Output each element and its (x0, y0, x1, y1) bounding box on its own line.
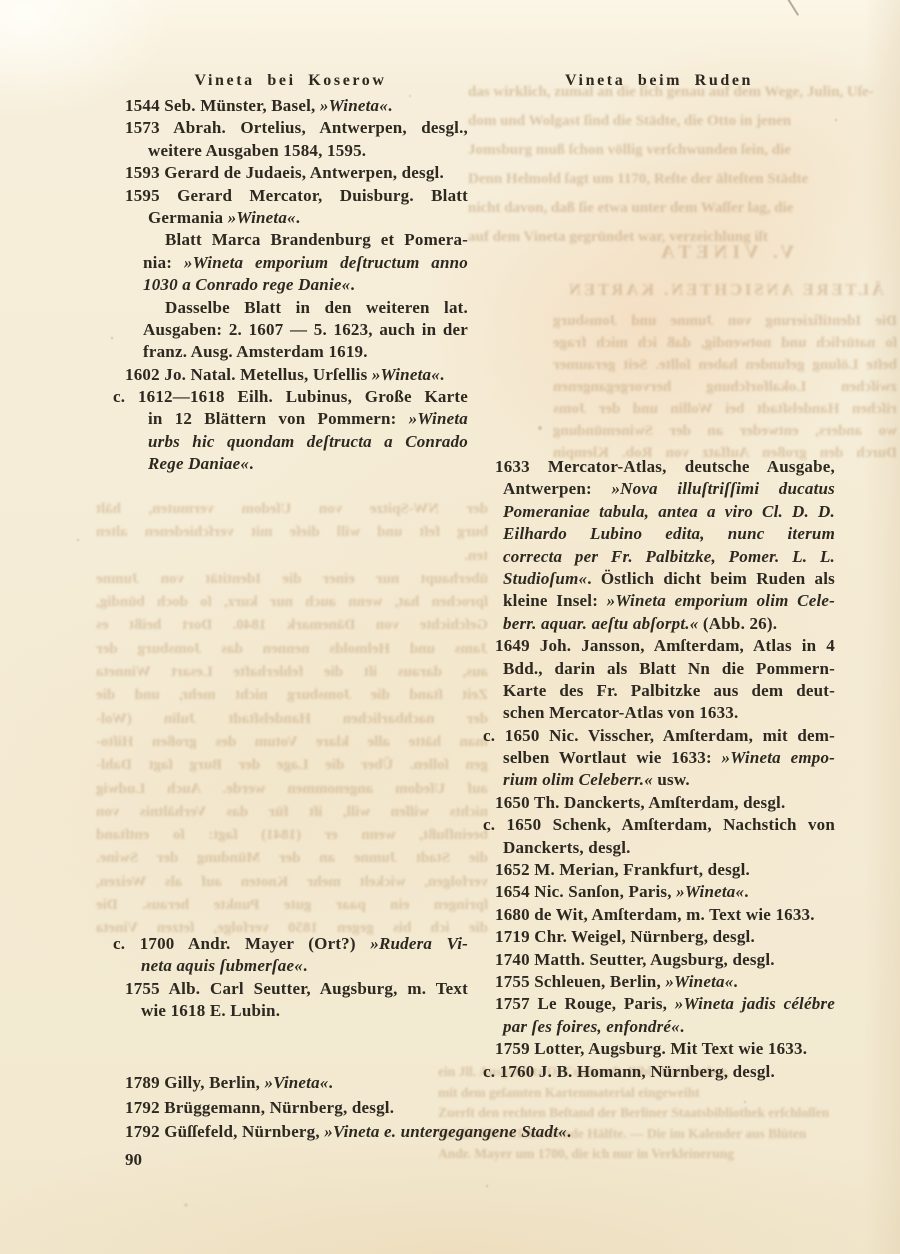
entry-line: 1792 Brüggemann, Nürnberg, desgl. (113, 1096, 633, 1121)
entry-line: par ſes foires, enfondré«. (483, 1016, 835, 1038)
bleedthrough-line: Die Identifizierung von Jumne und Jomsbu… (553, 310, 897, 332)
bleedthrough-line: dom und Wolgast ſind die Städte, die Ott… (468, 107, 896, 136)
entry: c. 1650 Nic. Visscher, Amſterdam, mit de… (483, 725, 835, 792)
corner-crease (787, 0, 799, 16)
bleedthrough-line: ſpringen ein paar gute Punkte heraus. Di… (96, 894, 488, 917)
entry: 1759 Lotter, Augsburg. Mit Text wie 1633… (483, 1038, 835, 1060)
bleedthrough-line: der NW-Spitze von Uſedom vermuten, hält (96, 498, 488, 521)
bleedthrough-line: Jomsburg muß ſchon völlig verſchwunden ſ… (468, 136, 896, 165)
bleedthrough-line: die Stadt Jumne an der Mündung der Swine… (96, 847, 488, 870)
page-number: 90 (125, 1150, 142, 1170)
entry: c. 1650 Schenk, Amſterdam, Nachstich von… (483, 814, 835, 859)
entry-line: Germania »Wineta«. (113, 207, 468, 229)
entry-line: 1649 Joh. Jansson, Amſterdam, Atlas in 4 (483, 635, 835, 657)
entry: 1593 Gerard de Judaeis, Antwerpen, desgl… (113, 162, 468, 184)
bleedthrough-line: ſprochen hat, wenn auch nur kurz, ſo doc… (96, 591, 488, 614)
bleedthrough-line: ſo natürlich und notwendig, daß ich mich… (553, 332, 897, 354)
bleedthrough-top-right: das wirklich, zumal an die ſich genau au… (468, 78, 896, 252)
entry: 1755 Schleuen, Berlin, »Wineta«. (483, 971, 835, 993)
bleedthrough-left-block: der NW-Spitze von Uſedom vermuten, hältb… (96, 498, 488, 941)
entry-line: Karte des Fr. Palbitzke aus dem deut- (483, 680, 835, 702)
entry-line: Dasselbe Blatt in den weiteren lat. (113, 297, 468, 319)
bleedthrough-line: nichts wiſſen will, iſt für das Verhältn… (96, 801, 488, 824)
entry: 1595 Gerard Mercator, Duisburg. BlattGer… (113, 185, 468, 230)
entry-line: schen Mercator-Atlas von 1633. (483, 702, 835, 724)
entry-line: 1595 Gerard Mercator, Duisburg. Blatt (113, 185, 468, 207)
entry: 1757 Le Rouge, Paris, »Wineta jadis célé… (483, 993, 835, 1038)
entry-line: 1652 M. Merian, Frankfurt, desgl. (483, 859, 835, 881)
entry-line: 1680 de Wit, Amſterdam, m. Text wie 1633… (483, 904, 835, 926)
bleedthrough-line: beeinflußt, wenn er (1841) ſagt: ſo entſ… (96, 824, 488, 847)
entry-line: 1757 Le Rouge, Paris, »Wineta jadis célé… (483, 993, 835, 1015)
left-column-list: 1544 Seb. Münster, Basel, »Wineta«.1573 … (113, 95, 468, 476)
entry: 1680 de Wit, Amſterdam, m. Text wie 1633… (483, 904, 835, 926)
entry-line: Danckerts, desgl. (483, 837, 835, 859)
entry: Dasselbe Blatt in den weiteren lat.Ausga… (113, 297, 468, 364)
bleedthrough-verso-title: ÄLTERE ANSICHTEN. KARTEN (553, 270, 897, 310)
bleedthrough-line: zwiſchen Lokalforſchung hervorgegangenen (553, 376, 897, 398)
entry-line: wie 1618 E. Lubin. (113, 1000, 468, 1022)
entry-line: Rege Daniae«. (113, 453, 468, 475)
entry-line: 1544 Seb. Münster, Basel, »Wineta«. (113, 95, 468, 117)
entry-line: in 12 Blättern von Pommern: »Wineta (113, 408, 468, 430)
bleedthrough-line: der nachbarlichen Handelsſtadt Julin (Wo… (96, 708, 488, 731)
entry: 1654 Nic. Sanſon, Paris, »Wineta«. (483, 881, 835, 903)
bleedthrough-line: aus, daraus iſt die fehlerhafte Lesart W… (96, 661, 488, 684)
entry: 1740 Matth. Seutter, Augsburg, desgl. (483, 949, 835, 971)
entry-line: 1593 Gerard de Judaeis, Antwerpen, desgl… (113, 162, 468, 184)
entry-line: Ausgaben: 2. 1607 — 5. 1623, auch in der (113, 319, 468, 341)
entry: 1633 Mercator-Atlas, deutsche Ausgabe,An… (483, 456, 835, 635)
entry-line: Pomeraniae tabula, antea a viro Cl. D. D… (483, 501, 835, 523)
entry-line: berr. aquar. aeſtu abſorpt.« (Abb. 26). (483, 613, 835, 635)
entry: 1792 Güſſefeld, Nürnberg, »Vineta e. unt… (113, 1120, 633, 1145)
entry-line: 1719 Chr. Weigel, Nürnberg, desgl. (483, 926, 835, 948)
entry-line: Eilhardo Lubino edita, nunc iterum (483, 523, 835, 545)
entry-line: c. 1700 Andr. Mayer (Ort?) »Rudera Vi- (113, 933, 468, 955)
entry-line: 1755 Schleuen, Berlin, »Wineta«. (483, 971, 835, 993)
entry-line: nia: »Wineta emporium deſtructum anno (113, 252, 468, 274)
bleedthrough-line: verfolgen, wickelt mehr Knoten auf als W… (96, 871, 488, 894)
entry-line: 1633 Mercator-Atlas, deutsche Ausgabe, (483, 456, 835, 478)
entry-line: c. 1612—1618 Eilh. Lubinus, Große Karte (113, 386, 468, 408)
bleedthrough-line: Zeit ſtand die Jomsburg nicht mehr, und … (96, 684, 488, 707)
column-heading-right: Vineta beim Ruden (483, 72, 835, 90)
bleedthrough-line: auf dem Vineta gegründet war, verzeichlu… (468, 223, 896, 252)
left-column-list-continued: c. 1700 Andr. Mayer (Ort?) »Rudera Vi-ne… (113, 933, 468, 1023)
entry-line: Blatt Marca Brandenburg et Pomera- (113, 229, 468, 251)
entry: 1719 Chr. Weigel, Nürnberg, desgl. (483, 926, 835, 948)
bleedthrough-line: riſchen Handelsſtadt bei Wollin und der … (553, 398, 897, 420)
entry-line: Bdd., darin als Blatt Nn die Pommern- (483, 658, 835, 680)
entry-line: 1759 Lotter, Augsburg. Mit Text wie 1633… (483, 1038, 835, 1060)
bleedthrough-verso-heading: V. VINETA ÄLTERE ANSICHTEN. KARTEN Die I… (553, 236, 897, 464)
entry-line: 1573 Abrah. Ortelius, Antwerpen, desgl., (113, 117, 468, 139)
entry-line: selben Wortlaut wie 1633: »Wineta empo- (483, 747, 835, 769)
entry: 1649 Joh. Jansson, Amſterdam, Atlas in 4… (483, 635, 835, 725)
entry-line: 1654 Nic. Sanſon, Paris, »Wineta«. (483, 881, 835, 903)
entry-line: c. 1650 Nic. Visscher, Amſterdam, mit de… (483, 725, 835, 747)
entry: 1755 Alb. Carl Seutter, Augsburg, m. Tex… (113, 978, 468, 1023)
entry-line: correcta per Fr. Palbitzke, Pomer. L. L. (483, 546, 835, 568)
bleedthrough-line: auf Uſedom angenommen werde. Auch Ludwig (96, 778, 488, 801)
entry-line: 1030 a Conrado rege Danie«. (113, 274, 468, 296)
entry: c. 1760 J. B. Homann, Nürnberg, desgl. (483, 1061, 835, 1083)
bleedthrough-line: Jams und Helmolds nennen das Jomsburg de… (96, 638, 488, 661)
bleedthrough-line: beſte Löſung gefunden haben ſollte. Seit… (553, 354, 897, 376)
entry: c. 1700 Andr. Mayer (Ort?) »Rudera Vi-ne… (113, 933, 468, 978)
bleedthrough-line: Andr. Mayer um 1700, die ich nur in Verk… (438, 1144, 896, 1165)
entry-line: franz. Ausg. Amsterdam 1619. (113, 341, 468, 363)
entry: c. 1612—1618 Eilh. Lubinus, Große Kartei… (113, 386, 468, 476)
entry: 1650 Th. Danckerts, Amſterdam, desgl. (483, 792, 835, 814)
entry-line: 1740 Matth. Seutter, Augsburg, desgl. (483, 949, 835, 971)
entry-line: Antwerpen: »Nova illuſtriſſimi ducatus (483, 478, 835, 500)
bleedthrough-line: überhaupt nur einer die Identität von Ju… (96, 568, 488, 591)
bleedthrough-line: Denn Helmold ſagt um 1170, Reſte der ält… (468, 165, 896, 194)
bleedthrough-verso-kicker: V. VINETA (553, 236, 897, 270)
entry-line: c. 1760 J. B. Homann, Nürnberg, desgl. (483, 1061, 835, 1083)
bleedthrough-line: man hätte alle klare Votum des großen Hi… (96, 731, 488, 754)
entry-line: neta aquis ſubmerſae«. (113, 955, 468, 977)
bleedthrough-line: gen ſollen. Über die Lage der Burg ſagt … (96, 754, 488, 777)
entry: 1652 M. Merian, Frankfurt, desgl. (483, 859, 835, 881)
entry: 1792 Brüggemann, Nürnberg, desgl. (113, 1096, 633, 1121)
bleedthrough-line: Geſchichte von Dänemark 1840. Dort heißt… (96, 614, 488, 637)
entry-line: rium olim Celeberr.« usw. (483, 769, 835, 791)
right-column-list: 1633 Mercator-Atlas, deutsche Ausgabe,An… (483, 456, 835, 1083)
entry: 1573 Abrah. Ortelius, Antwerpen, desgl.,… (113, 117, 468, 162)
entry-line: 1792 Güſſefeld, Nürnberg, »Vineta e. unt… (113, 1120, 633, 1145)
bleedthrough-line: burg feſt und will dieſe mit verſchieden… (96, 521, 488, 544)
entry: Blatt Marca Brandenburg et Pomera-nia: »… (113, 229, 468, 296)
bleedthrough-line: ten. (96, 545, 488, 568)
bleedthrough-line: nicht davon, daß ſie etwa unter dem Waſſ… (468, 194, 896, 223)
entry-line: 1755 Alb. Carl Seutter, Augsburg, m. Tex… (113, 978, 468, 1000)
entry-line: Studioſum«. Östlich dicht beim Ruden als (483, 568, 835, 590)
entry-line: 1650 Th. Danckerts, Amſterdam, desgl. (483, 792, 835, 814)
entry: 1602 Jo. Natal. Metellus, Urſellis »Wine… (113, 364, 468, 386)
entry-line: urbs hic quondam deſtructa a Conrado (113, 431, 468, 453)
bleedthrough-line: wo anders, entweder an der Swinemündung (553, 420, 897, 442)
bleedthrough-verso-paragraph: Die Identifizierung von Jumne und Jomsbu… (553, 310, 897, 464)
entry-line: c. 1650 Schenk, Amſterdam, Nachstich von (483, 814, 835, 836)
entry-line: weitere Ausgaben 1584, 1595. (113, 140, 468, 162)
entry: 1544 Seb. Münster, Basel, »Wineta«. (113, 95, 468, 117)
entry-line: 1602 Jo. Natal. Metellus, Urſellis »Wine… (113, 364, 468, 386)
entry-line: kleine Insel: »Wineta emporium olim Cele… (483, 590, 835, 612)
column-heading-left: Vineta bei Koserow (113, 72, 468, 90)
